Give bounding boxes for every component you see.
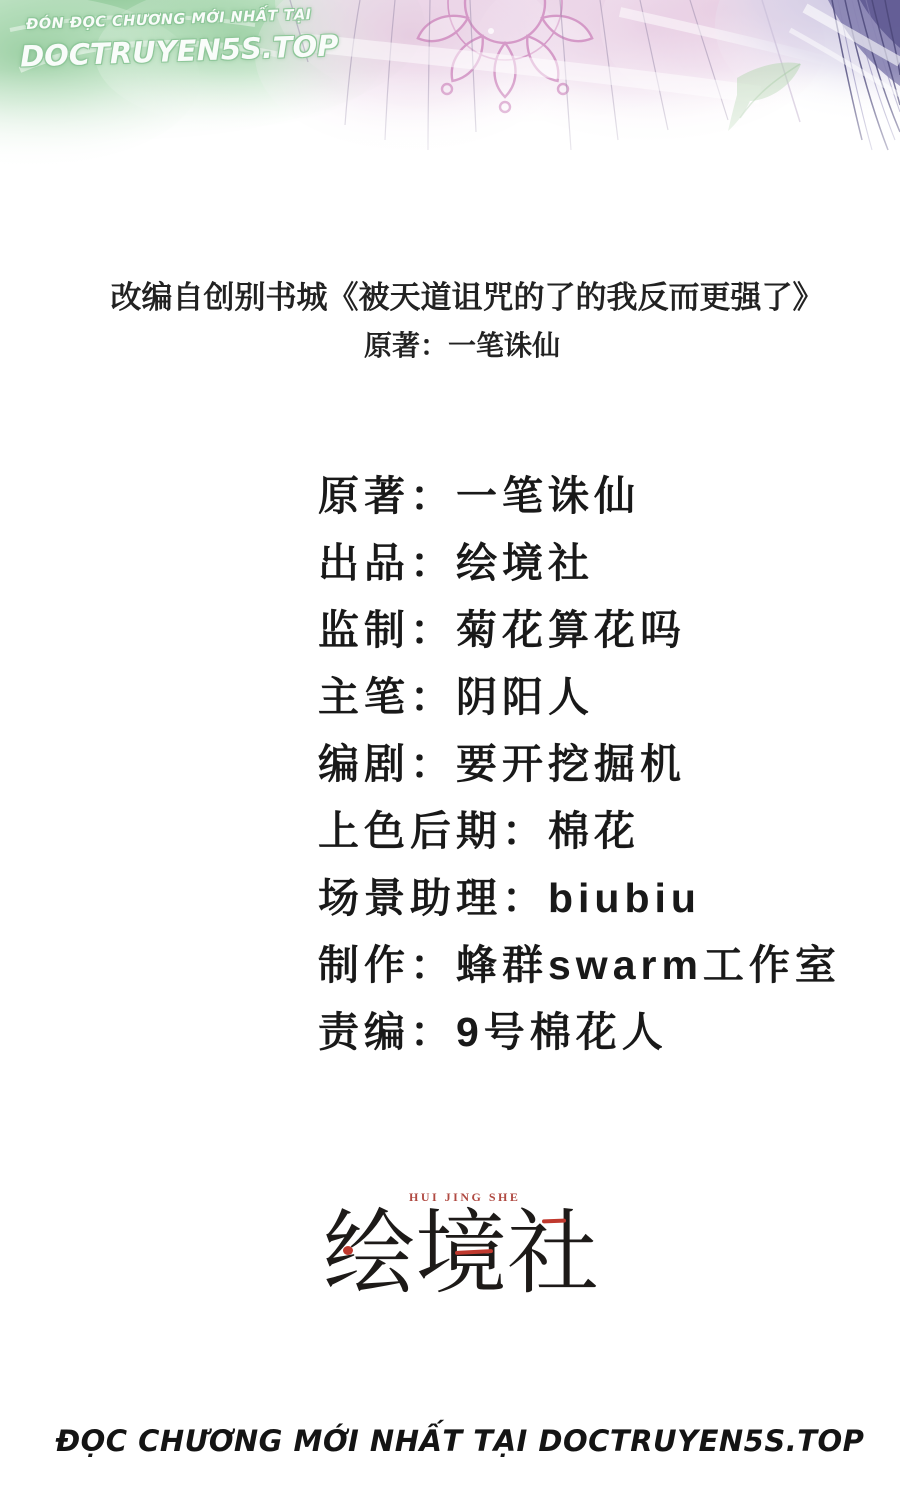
credits-page: ĐÓN ĐỌC CHƯƠNG MỚI NHẤT TẠI DOCTRUYEN5S.… [0, 0, 900, 1496]
credit-line-coloring: 上色后期：棉花 [318, 798, 841, 865]
credit-line-lead-artist: 主笔：阴阳人 [318, 664, 841, 731]
credit-line-production: 制作：蜂群swarm工作室 [318, 932, 841, 999]
credit-line-scene-assistant: 场景助理：biubiu [318, 865, 841, 932]
adaptation-author-line: 原著：一笔诛仙 [12, 324, 900, 364]
logo-red-dot-accent [343, 1246, 353, 1255]
adaptation-source-line: 改编自创别书城《被天道诅咒的了的我反而更强了》 [17, 272, 900, 317]
credit-line-screenwriter: 编剧：要开挖掘机 [318, 731, 841, 798]
credit-line-editor: 责编：9号棉花人 [318, 999, 841, 1066]
credits-list: 原著：一笔诛仙 出品：绘境社 监制：菊花算花吗 主笔：阴阳人 编剧：要开挖掘机 … [318, 463, 841, 1066]
header-artwork: ĐÓN ĐỌC CHƯƠNG MỚI NHẤT TẠI DOCTRUYEN5S.… [0, 0, 900, 235]
credit-line-supervisor: 监制：菊花算花吗 [318, 597, 841, 664]
credit-line-original-author: 原著：一笔诛仙 [318, 463, 841, 530]
footer-watermark: ĐỌC CHƯƠNG MỚI NHẤT TẠI DOCTRUYEN5S.TOP [10, 1424, 900, 1458]
studio-logo: HUI JING SHE 绘境社 [323, 1186, 589, 1331]
credit-line-producer: 出品：绘境社 [318, 530, 841, 597]
logo-red-dash-accent-top [542, 1219, 566, 1224]
